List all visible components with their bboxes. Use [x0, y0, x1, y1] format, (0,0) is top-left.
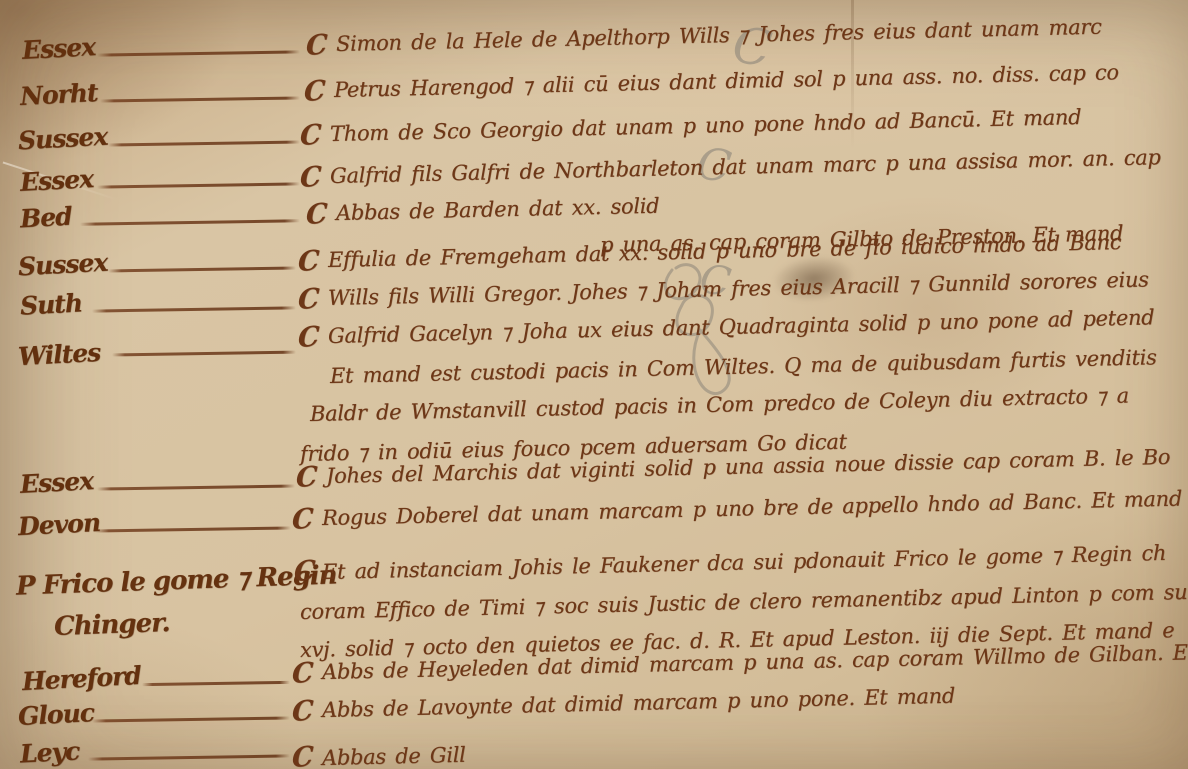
margin-dash-line: [97, 50, 300, 56]
margin-dash-line: [97, 484, 295, 490]
margin-county-label: Bed: [19, 202, 72, 234]
margin-county-label: Devon: [17, 508, 100, 541]
paraph-mark: C: [300, 119, 322, 153]
paraph-mark: C: [292, 695, 314, 729]
margin-dash-line: [112, 351, 296, 357]
entry-text: Rogus Doberel dat unam marcam p uno bre …: [322, 486, 1182, 530]
entry-text: Galfrid fils Galfri de Northbarleton dat…: [330, 145, 1161, 188]
paraph-mark: C: [306, 198, 328, 232]
margin-county-label: Sussex: [17, 122, 108, 156]
margin-county-label: Hereford: [21, 661, 141, 696]
margin-dash-line: [108, 140, 300, 146]
margin-county-label: Norht: [19, 78, 98, 111]
paraph-mark: C: [298, 321, 320, 355]
margin-dash-line: [97, 182, 300, 188]
paraph-mark: C: [298, 283, 320, 317]
paraph-mark: C: [306, 29, 328, 63]
margin-dash-line: [92, 306, 296, 312]
margin-county-label: Essex: [21, 32, 95, 65]
paraph-mark: C: [294, 555, 316, 589]
entry-text: Petrus Harengod ⁊ alii cū eius dant dimi…: [334, 60, 1119, 102]
paraph-mark: C: [304, 75, 326, 109]
entry-text: Abbas de Barden dat xx. solid: [336, 194, 660, 225]
parchment-page: C C C Essex C Simon de la Hele de Apelth…: [0, 0, 1188, 769]
margin-dash-line: [80, 219, 300, 225]
entry-text: Simon de la Hele de Apelthorp Wills ⁊ Jo…: [336, 15, 1102, 56]
margin-dash-line: [108, 267, 296, 273]
margin-dash-line: [95, 526, 291, 532]
margin-dash-line: [92, 716, 290, 722]
margin-county-label: Suth: [19, 288, 82, 320]
margin-county-label: Sussex: [17, 248, 108, 282]
margin-dash-line: [88, 754, 290, 760]
margin-county-label: Leyc: [19, 736, 80, 768]
margin-dash-line: [142, 681, 290, 686]
paraph-mark: C: [292, 503, 314, 537]
margin-county-label: Essex: [19, 466, 93, 499]
paraph-mark: C: [292, 741, 314, 769]
entry-text-continuation: coram Effico de Timi ⁊ soc suis Justic d…: [300, 579, 1188, 624]
paraph-mark: C: [292, 657, 314, 691]
margin-county-label: Wiltes: [17, 338, 101, 371]
paraph-mark: C: [298, 245, 320, 279]
entry-text: Abbas de Gill: [322, 743, 466, 769]
margin-county-label: Glouc: [17, 698, 94, 731]
margin-dash-line: [100, 96, 300, 102]
paraph-mark: C: [296, 461, 318, 495]
margin-county-label: Essex: [19, 164, 93, 197]
marginal-note-line1: P Frico le gome ⁊ Regin: [16, 560, 337, 601]
paraph-mark: C: [300, 161, 322, 195]
marginal-note-line2: Chinger.: [54, 608, 170, 642]
entry-text: Et ad instanciam Johis le Faukener dca s…: [322, 541, 1167, 584]
entry-text: Abbs de Lavoynte dat dimid marcam p uno …: [322, 684, 955, 722]
